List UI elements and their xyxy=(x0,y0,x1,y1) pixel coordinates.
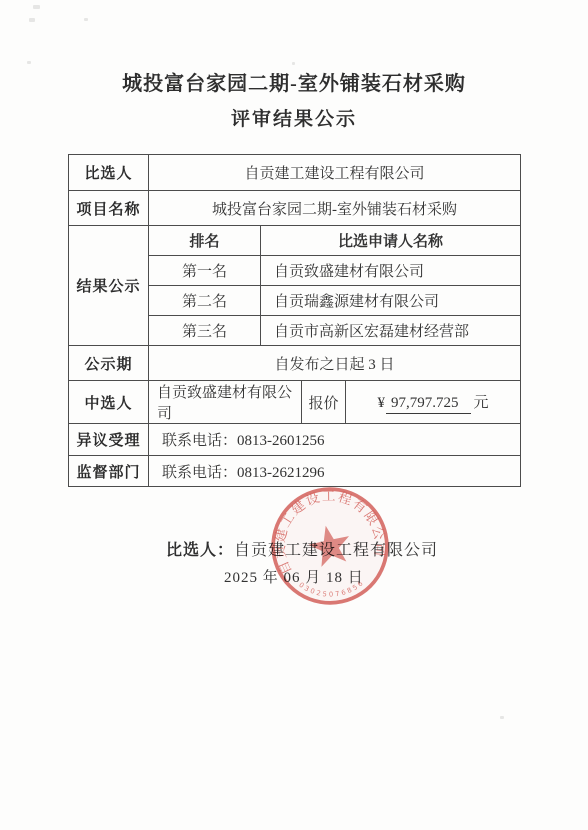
supervision-label: 监督部门 xyxy=(69,456,149,487)
results-label: 结果公示 xyxy=(69,226,149,346)
scan-speck xyxy=(33,5,40,9)
rank-3-name: 自贡市高新区宏磊建材经营部 xyxy=(261,316,521,346)
scan-speck xyxy=(27,61,31,64)
project-label: 项目名称 xyxy=(69,191,149,226)
supervision-value: 联系电话：0813-2621296 xyxy=(149,456,521,487)
price-label: 报价 xyxy=(302,381,346,424)
table-row-project: 项目名称 城投富台家园二期-室外铺装石材采购 xyxy=(69,191,521,226)
table-row-winner: 中选人 自贡致盛建材有限公司 报价 ¥97,797.725元 xyxy=(69,381,521,424)
price-amount: 97,797.725 xyxy=(386,395,471,414)
rank-1: 第一名 xyxy=(149,256,261,286)
price-value: ¥97,797.725元 xyxy=(346,381,521,424)
scan-speck xyxy=(84,18,88,21)
currency-symbol: ¥ xyxy=(378,395,386,411)
document-title: 城投富台家园二期-室外铺装石材采购 评审结果公示 xyxy=(0,70,588,134)
table-row-selector: 比选人 自贡建工建设工程有限公司 xyxy=(69,155,521,191)
scan-speck xyxy=(29,18,35,22)
title-line-2: 评审结果公示 xyxy=(0,106,588,134)
signature-company: 自贡建工建设工程有限公司 xyxy=(234,542,438,559)
selector-value: 自贡建工建设工程有限公司 xyxy=(149,155,521,191)
objection-value: 联系电话：0813-2601256 xyxy=(149,424,521,456)
objection-label: 异议受理 xyxy=(69,424,149,456)
table-row-objection: 异议受理 联系电话：0813-2601256 xyxy=(69,424,521,456)
table-row-results-header: 结果公示 排名 比选申请人名称 xyxy=(69,226,521,256)
period-label: 公示期 xyxy=(69,346,149,381)
period-value: 自发布之日起 3 日 xyxy=(149,346,521,381)
rank-header: 排名 xyxy=(149,226,261,256)
scan-speck xyxy=(500,716,504,719)
price-unit: 元 xyxy=(474,395,489,411)
table-row-supervision: 监督部门 联系电话：0813-2621296 xyxy=(69,456,521,487)
signature-label: 比选人： xyxy=(166,542,234,559)
announcement-table: 比选人 自贡建工建设工程有限公司 项目名称 城投富台家园二期-室外铺装石材采购 … xyxy=(68,154,521,487)
rank-3: 第三名 xyxy=(149,316,261,346)
signature-line: 比选人：自贡建工建设工程有限公司 xyxy=(166,537,438,560)
project-value: 城投富台家园二期-室外铺装石材采购 xyxy=(149,191,521,226)
selector-label: 比选人 xyxy=(69,155,149,191)
signature-date: 2025 年 06 月 18 日 xyxy=(224,566,364,587)
name-header: 比选申请人名称 xyxy=(261,226,521,256)
rank-2: 第二名 xyxy=(149,286,261,316)
document-page: 城投富台家园二期-室外铺装石材采购 评审结果公示 比选人 自贡建工建设工程有限公… xyxy=(0,0,588,830)
winner-label: 中选人 xyxy=(69,381,149,424)
table-row-period: 公示期 自发布之日起 3 日 xyxy=(69,346,521,381)
title-line-1: 城投富台家园二期-室外铺装石材采购 xyxy=(0,70,588,98)
scan-speck xyxy=(292,62,295,65)
rank-1-name: 自贡致盛建材有限公司 xyxy=(261,256,521,286)
winner-company: 自贡致盛建材有限公司 xyxy=(149,381,302,424)
rank-2-name: 自贡瑞鑫源建材有限公司 xyxy=(261,286,521,316)
